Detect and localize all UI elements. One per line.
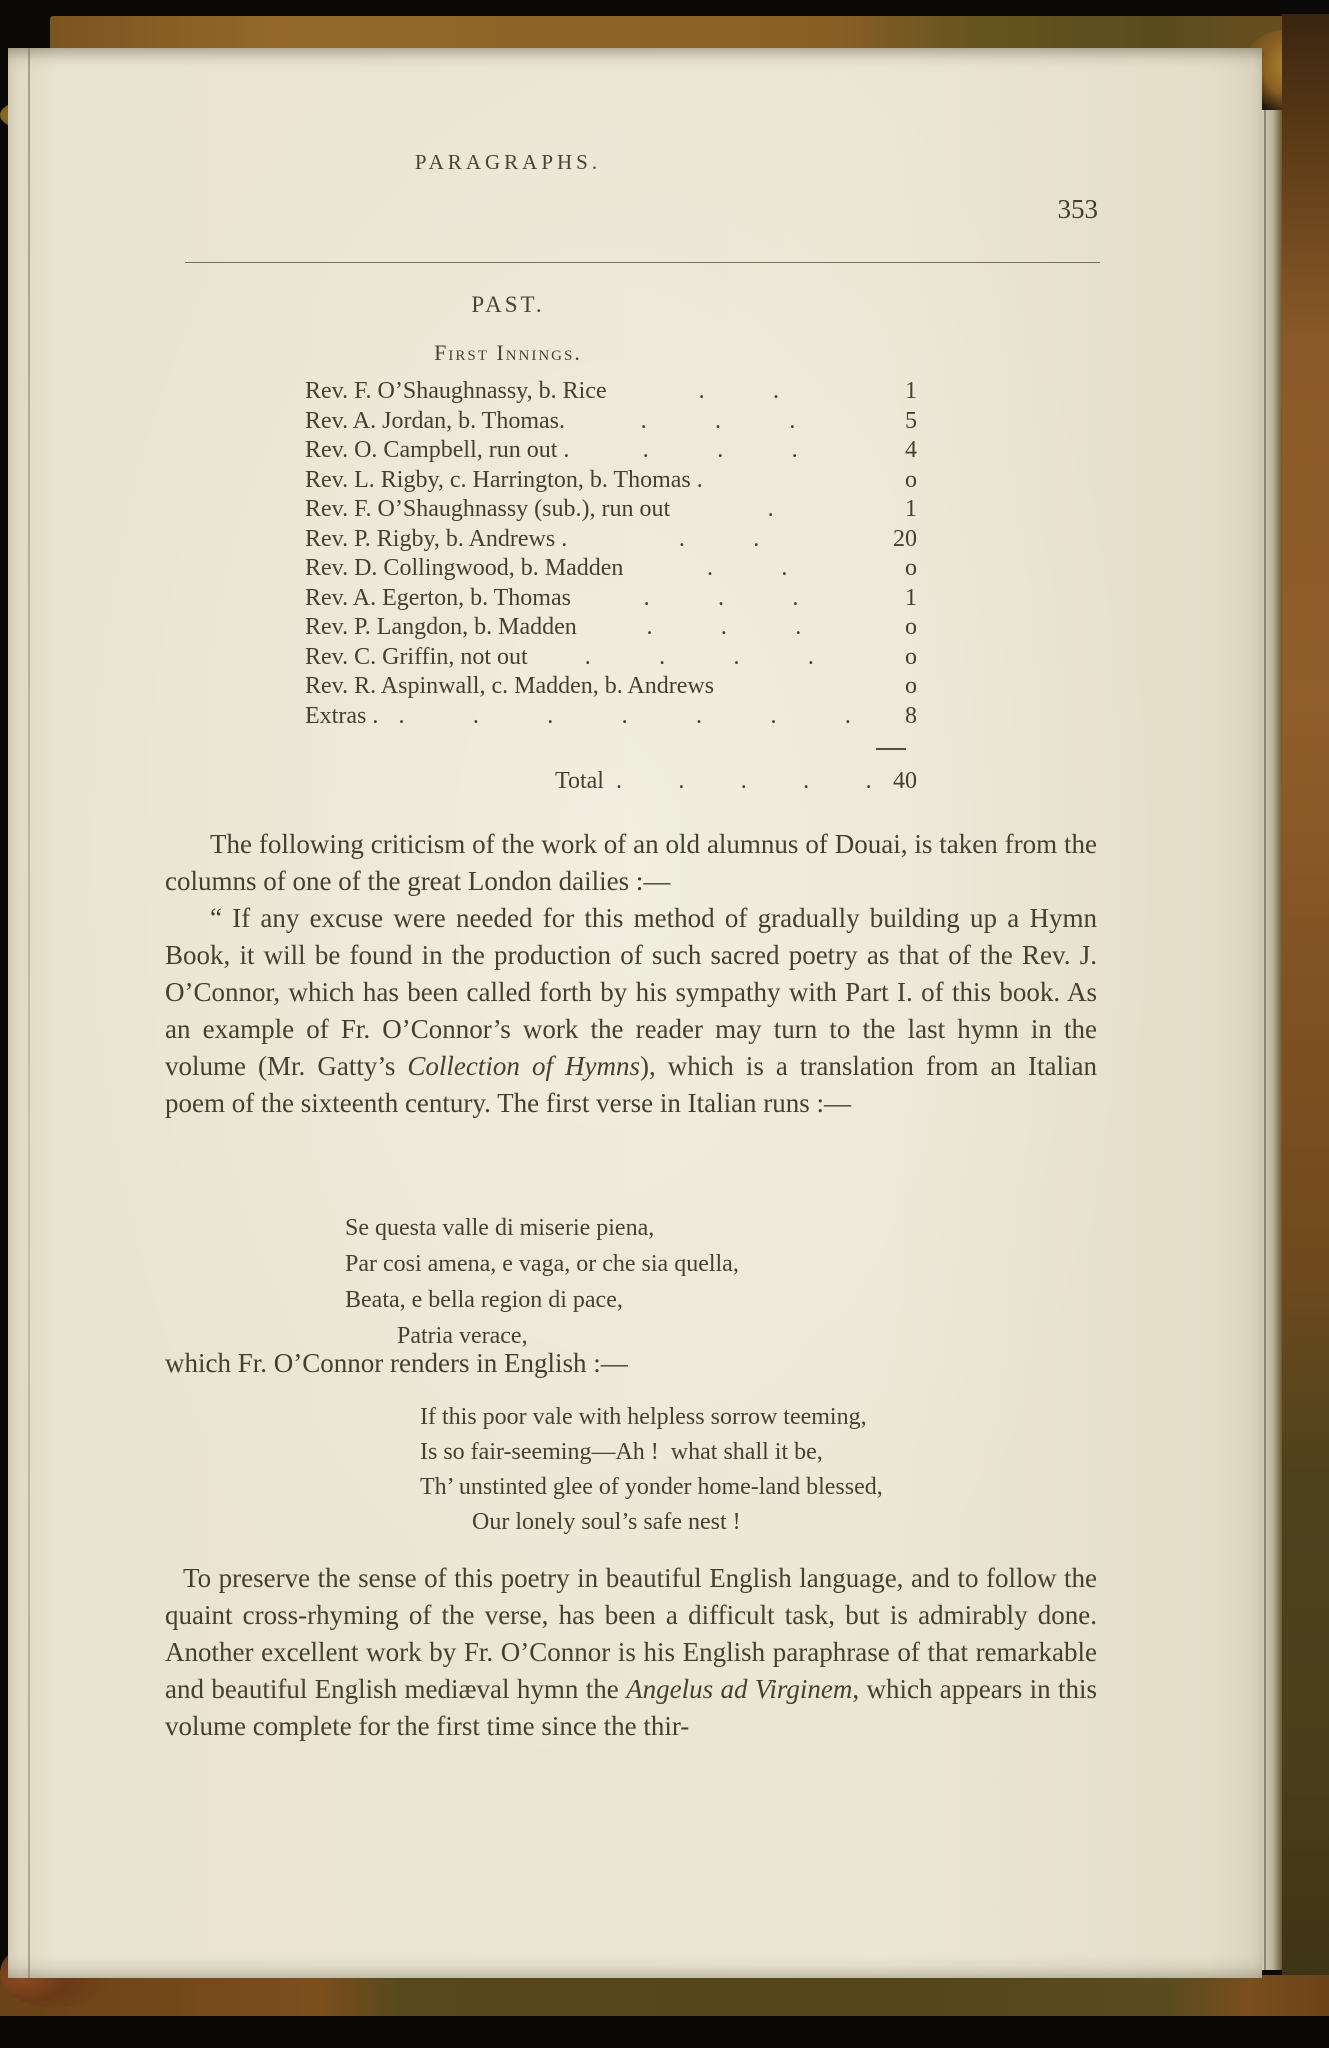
player-score: 1: [871, 378, 917, 405]
player-name: Rev. A. Jordan, b. Thomas.: [305, 408, 565, 435]
english-verse: If this poor vale with helpless sorrow t…: [420, 1400, 883, 1540]
verse-line: Th’ unstinted glee of yonder home-land b…: [420, 1470, 883, 1505]
dot-leader: . . .: [569, 437, 871, 464]
page-number: 353: [1038, 194, 1098, 225]
player-name: Rev. R. Aspinwall, c. Madden, b. Andrews: [305, 673, 714, 700]
player-score: 20: [871, 526, 917, 553]
innings-total-row: Total . . . . . 40: [305, 768, 917, 795]
player-name: Rev. A. Egerton, b. Thomas: [305, 585, 571, 612]
italian-verse: Se questa valle di miserie piena, Par co…: [345, 1210, 739, 1354]
innings-row: Rev. L. Rigby, c. Harrington, b. Thomas …: [305, 467, 917, 497]
innings-table: Rev. F. O’Shaughnassy, b. Rice . . 1 Rev…: [305, 378, 917, 732]
header-rule: [185, 262, 1100, 263]
dot-leader: . .: [567, 526, 871, 553]
book-cover-right-edge: [1282, 14, 1329, 2048]
dot-leader: . . . .: [528, 644, 871, 671]
innings-row: Rev. C. Griffin, not out . . . . o: [305, 644, 917, 674]
player-name: Rev. L. Rigby, c. Harrington, b. Thomas …: [305, 467, 703, 494]
player-score: 1: [871, 585, 917, 612]
player-name: Rev. D. Collingwood, b. Madden: [305, 555, 623, 582]
dot-leader: . . .: [577, 614, 871, 641]
section-title: PAST.: [368, 292, 648, 318]
verse-line: If this poor vale with helpless sorrow t…: [420, 1400, 883, 1435]
player-score: 4: [871, 437, 917, 464]
player-name: Rev. F. O’Shaughnassy (sub.), run out: [305, 496, 670, 523]
running-head: PARAGRAPHS.: [368, 150, 648, 175]
book-title-italic: Collection of Hymns: [407, 1051, 640, 1081]
innings-row: Rev. P. Rigby, b. Andrews . . . 20: [305, 526, 917, 556]
extras-score: 8: [871, 703, 917, 730]
innings-row: Rev. R. Aspinwall, c. Madden, b. Andrews…: [305, 673, 917, 703]
innings-row: Rev. A. Jordan, b. Thomas. . . . 5: [305, 408, 917, 438]
player-score: o: [871, 555, 917, 582]
total-label: Total: [555, 768, 604, 795]
player-name: Rev. P. Langdon, b. Madden: [305, 614, 577, 641]
player-name: Rev. C. Griffin, not out: [305, 644, 528, 671]
total-sum-rule: [876, 748, 906, 750]
dot-leader: . . . . . . .: [378, 703, 871, 730]
innings-row: Rev. F. O’Shaughnassy, b. Rice . . 1: [305, 378, 917, 408]
player-name: Rev. F. O’Shaughnassy, b. Rice: [305, 378, 607, 405]
extras-label: Extras .: [305, 703, 378, 730]
hymn-title-italic: Angelus ad Virginem: [626, 1674, 852, 1704]
innings-row: Rev. A. Egerton, b. Thomas . . . 1: [305, 585, 917, 615]
player-score: o: [871, 673, 917, 700]
player-score: o: [871, 644, 917, 671]
verse-line: Se questa valle di miserie piena,: [345, 1210, 739, 1246]
dot-leader: . .: [623, 555, 871, 582]
photo-background-bottom: [0, 2016, 1329, 2048]
player-score: o: [871, 467, 917, 494]
total-score: 40: [871, 768, 917, 795]
paragraph-quote: “ If any excuse were needed for this met…: [165, 900, 1097, 1122]
innings-row: Rev. D. Collingwood, b. Madden . . o: [305, 555, 917, 585]
player-name: Rev. O. Campbell, run out .: [305, 437, 569, 464]
player-name: Rev. P. Rigby, b. Andrews .: [305, 526, 567, 553]
innings-row: Rev. P. Langdon, b. Madden . . . o: [305, 614, 917, 644]
book-photo: PARAGRAPHS. 353 PAST. First Innings. Rev…: [0, 0, 1329, 2048]
dot-leader: . . . . .: [604, 768, 871, 795]
innings-row-extras: Extras . . . . . . . . 8: [305, 703, 917, 733]
dot-leader: . . .: [565, 408, 871, 435]
player-score: o: [871, 614, 917, 641]
paragraph-closing: To preserve the sense of this poetry in …: [165, 1560, 1097, 1745]
dot-leader: . . .: [571, 585, 871, 612]
verse-line: Beata, e bella region di pace,: [345, 1282, 739, 1318]
dot-leader: .: [670, 496, 871, 523]
book-top-edge: [50, 16, 1305, 52]
player-score: 5: [871, 408, 917, 435]
subsection-title: First Innings.: [348, 340, 668, 366]
player-score: 1: [871, 496, 917, 523]
innings-row: Rev. F. O’Shaughnassy (sub.), run out . …: [305, 496, 917, 526]
dot-leader: . .: [607, 378, 871, 405]
book-page: PARAGRAPHS. 353 PAST. First Innings. Rev…: [8, 48, 1262, 1978]
paragraph-bridge: which Fr. O’Connor renders in English :—: [165, 1348, 628, 1379]
page-crease: [28, 48, 30, 1978]
verse-line: Is so fair-seeming—Ah ! what shall it be…: [420, 1435, 883, 1470]
innings-row: Rev. O. Campbell, run out . . . . 4: [305, 437, 917, 467]
verse-line: Par cosi amena, e vaga, or che sia quell…: [345, 1246, 739, 1282]
verse-line: Our lonely soul’s safe nest !: [420, 1505, 883, 1540]
paragraph-intro: The following criticism of the work of a…: [165, 826, 1097, 900]
